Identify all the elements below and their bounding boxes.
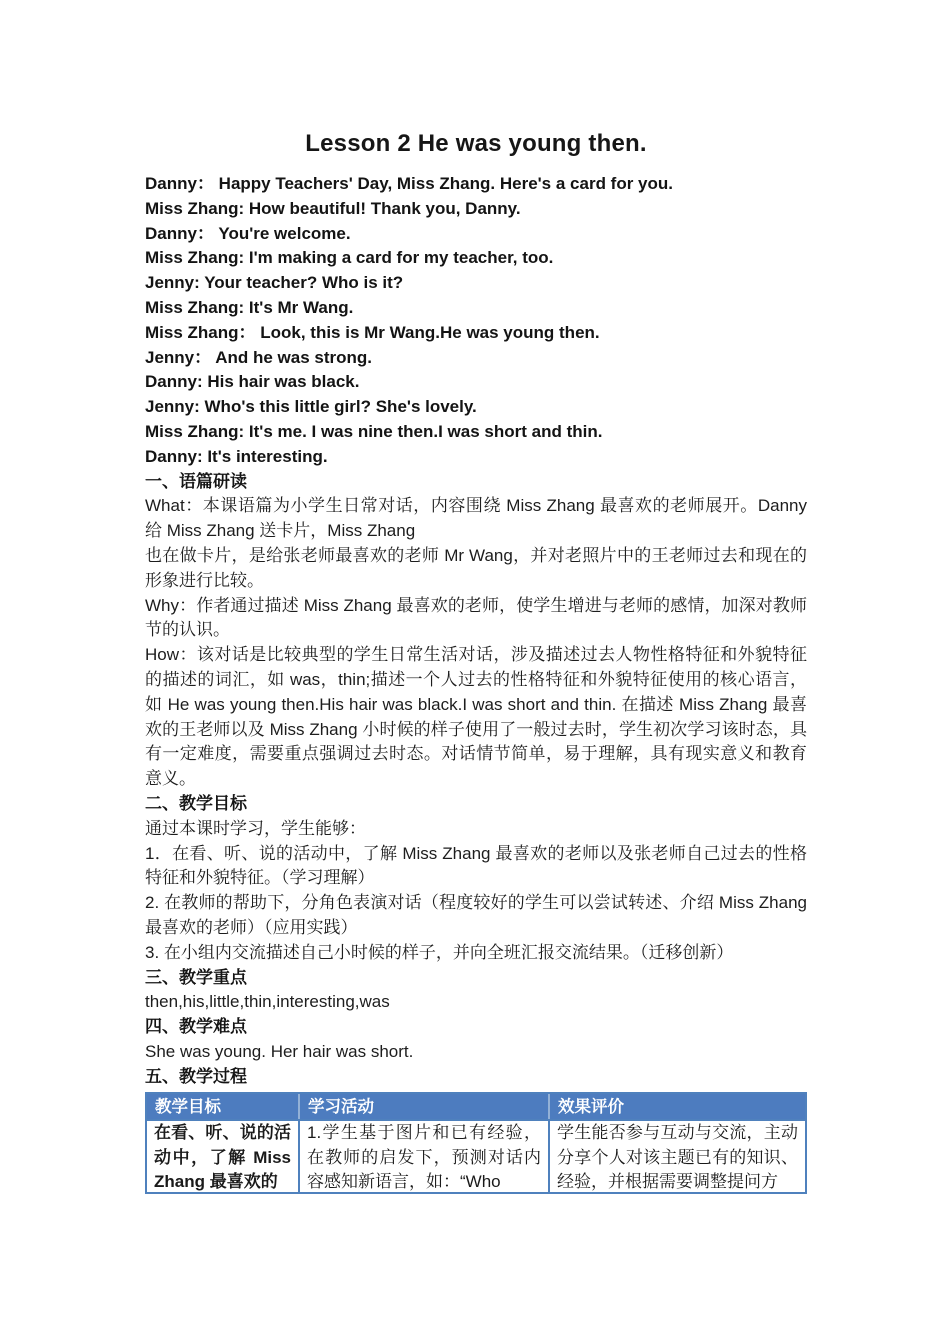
paragraph: She was young. Her hair was short. [145,1040,807,1065]
section-heading: 二、教学目标 [145,792,807,817]
sections-block: 一、语篇研读What：本课语篇为小学生日常对话，内容围绕 Miss Zhang … [145,470,807,1090]
dialogue-line: Miss Zhang: How beautiful! Thank you, Da… [145,197,807,222]
section-heading: 五、教学过程 [145,1065,807,1090]
dialogue-line: Danny: His hair was black. [145,370,807,395]
table-cell: 学生能否参与互动与交流，主动分享个人对该主题已有的知识、经验，并根据需要调整提问… [550,1119,805,1192]
table-cell: 1.学生基于图片和已有经验，在教师的启发下，预测对话内容感知新语言，如：“Who [300,1119,550,1192]
table-header-cell: 教学目标 [147,1094,300,1119]
paragraph: 通过本课时学习，学生能够： [145,817,807,842]
dialogue-line: Miss Zhang: I'm making a card for my tea… [145,246,807,271]
document-page: { "page": { "title": "Lesson 2 He was yo… [0,0,950,1344]
dialogue-line: Danny: It's interesting. [145,445,807,470]
page-title: Lesson 2 He was young then. [145,130,807,158]
paragraph: What：本课语篇为小学生日常对话，内容围绕 Miss Zhang 最喜欢的老师… [145,494,807,544]
paragraph: then,his,little,thin,interesting,was [145,990,807,1015]
table-header-cell: 学习活动 [300,1094,550,1119]
table-header-cell: 效果评价 [550,1094,805,1119]
table-row: 在看、听、说的活动中，了解 Miss Zhang 最喜欢的1.学生基于图片和已有… [147,1119,805,1192]
dialogue-line: Jenny: Who's this little girl? She's lov… [145,395,807,420]
table-cell: 在看、听、说的活动中，了解 Miss Zhang 最喜欢的 [147,1119,300,1192]
dialogue-line: Jenny： And he was strong. [145,346,807,371]
paragraph: How：该对话是比较典型的学生日常生活对话，涉及描述过去人物性格特征和外貌特征的… [145,643,807,792]
dialogue-line: Miss Zhang: It's Mr Wang. [145,296,807,321]
paragraph: 3. 在小组内交流描述自己小时候的样子，并向全班汇报交流结果。（迁移创新） [145,941,807,966]
paragraph: 也在做卡片，是给张老师最喜欢的老师 Mr Wang，并对老照片中的王老师过去和现… [145,544,807,594]
lesson-plan-document: Lesson 2 He was young then. Danny： Happy… [145,130,807,1194]
paragraph: 2. 在教师的帮助下，分角色表演对话（程度较好的学生可以尝试转述、介绍 Miss… [145,891,807,941]
dialogue-line: Danny： You're welcome. [145,222,807,247]
section-heading: 三、教学重点 [145,966,807,991]
lesson-table: 教学目标学习活动效果评价 在看、听、说的活动中，了解 Miss Zhang 最喜… [145,1092,807,1194]
section-heading: 四、教学难点 [145,1015,807,1040]
paragraph: 1．在看、听、说的活动中，了解 Miss Zhang 最喜欢的老师以及张老师自己… [145,842,807,892]
dialogue-line: Miss Zhang: It's me. I was nine then.I w… [145,420,807,445]
dialogue-block: Danny： Happy Teachers' Day, Miss Zhang. … [145,172,807,470]
dialogue-line: Jenny: Your teacher? Who is it? [145,271,807,296]
section-heading: 一、语篇研读 [145,470,807,495]
dialogue-line: Miss Zhang： Look, this is Mr Wang.He was… [145,321,807,346]
table-header-row: 教学目标学习活动效果评价 [147,1094,805,1119]
paragraph: Why：作者通过描述 Miss Zhang 最喜欢的老师，使学生增进与老师的感情… [145,594,807,644]
dialogue-line: Danny： Happy Teachers' Day, Miss Zhang. … [145,172,807,197]
